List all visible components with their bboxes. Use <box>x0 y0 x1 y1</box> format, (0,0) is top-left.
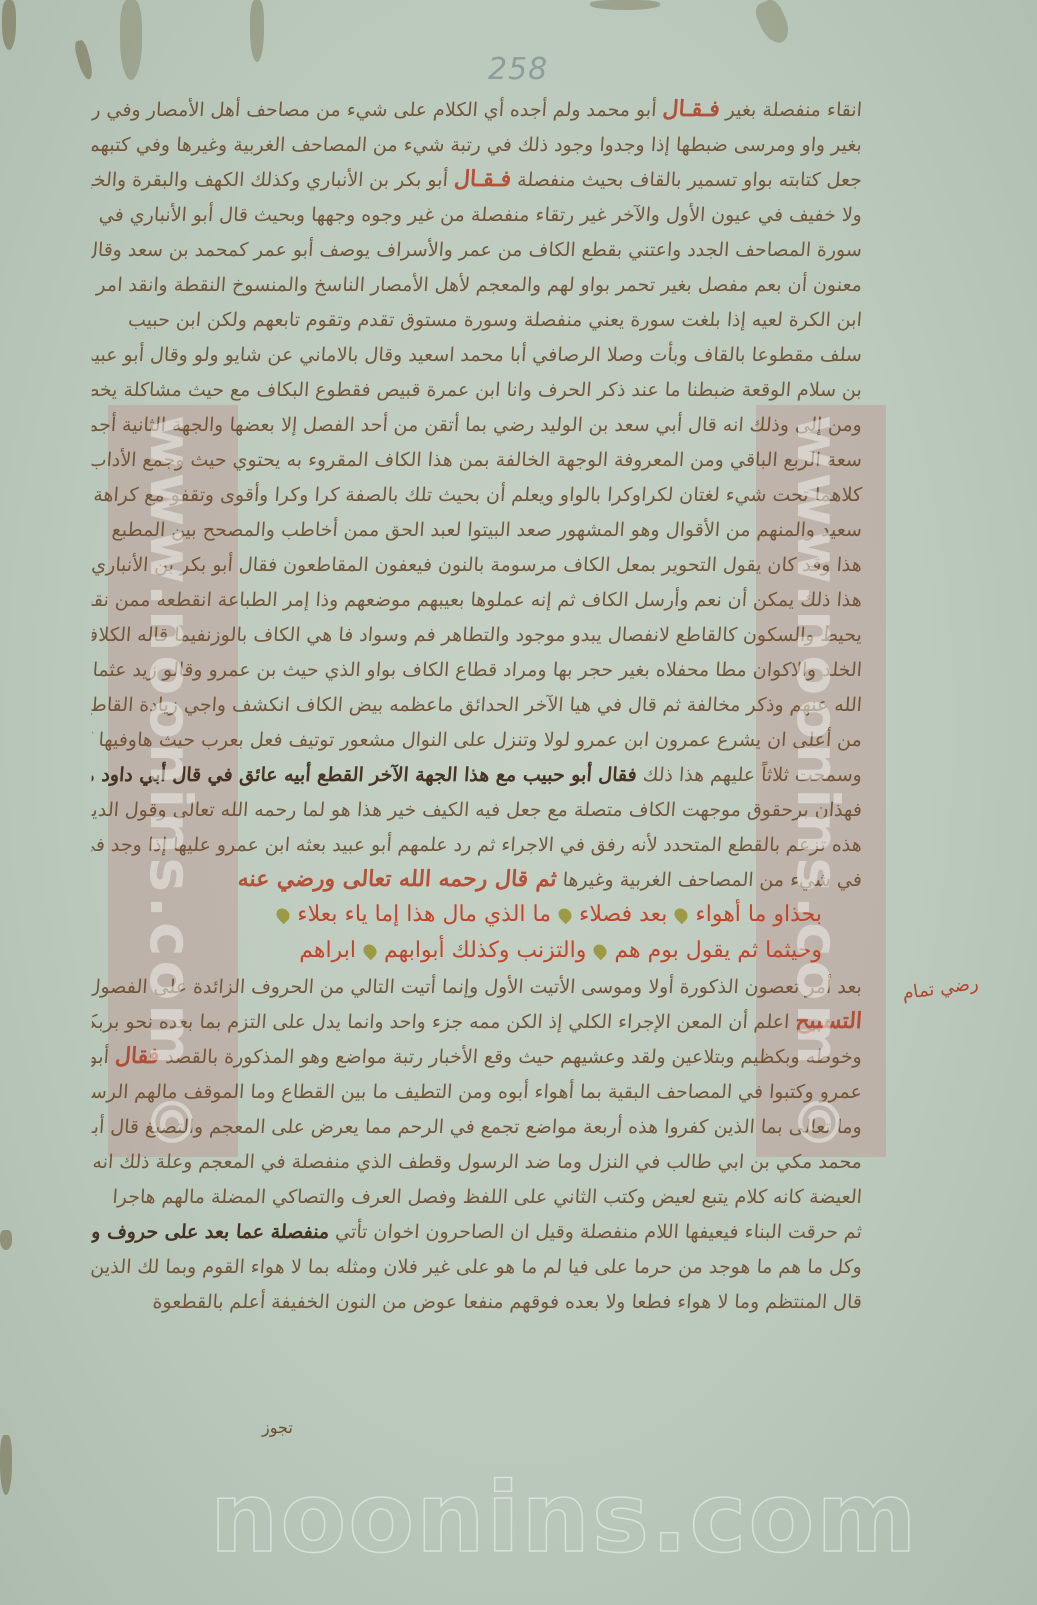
ink-stain <box>120 0 142 80</box>
text-line: ومن إلى وذلك انه قال أبي سعد بن الوليد ر… <box>91 407 863 442</box>
text-line: بعد أمر تعصون الذكورة أولا وموسى الأتيت … <box>91 969 863 1004</box>
text-line: بغير واو ومرسى ضبطها إذا وجدوا وجود ذلك … <box>91 127 863 162</box>
watermark-vertical-right: www.noonins.com © <box>784 415 852 1155</box>
margin-note: رضي تمام <box>901 973 980 1004</box>
text-line: هذا وقد كان يقول التحوير بمعل الكاف مرسو… <box>91 547 863 582</box>
verse-line: بحذاو ما أهواءبعد فصلاءما الذي مال هذا إ… <box>92 897 862 933</box>
text-line: التسبيح اعلم أن المعن الإجراء الكلي إذ ا… <box>91 1004 863 1039</box>
verse-separator-icon <box>361 942 379 960</box>
text-line: ولا خفيف في عيون الأول والآخر غير رتقاء … <box>91 197 863 232</box>
text-line: سورة المصاحف الجدد واعتني بقطع الكاف من … <box>91 232 863 267</box>
text-line: انقاء منفصلة بغير فـقـال أبو محمد ولم أج… <box>91 92 863 127</box>
text-line: فهذان برحقوق موجهت الكاف متصلة مع جعل في… <box>91 792 863 827</box>
text-line: من أعلى ان يشرع عمرون ابن عمرو لولا وتنز… <box>91 722 863 757</box>
verse-separator-icon <box>591 942 609 960</box>
text-line: هذه تزعم بالقطع المتحدد لأنه رفق في الاج… <box>91 827 863 862</box>
text-line: وسمحت ثلاثاً عليهم هذا ذلك فقال أبو حبيب… <box>91 757 863 792</box>
text-line: هذا ذلك يمكن أن نعم وأرسل الكاف ثم إنه ع… <box>91 582 863 617</box>
text-line: سعيد والمنهم من الأقوال وهو المشهور صعد … <box>91 512 863 547</box>
ink-stain <box>0 1435 12 1495</box>
ink-stain <box>2 0 16 50</box>
text-line: وخوطه وبكظيم وبتلاعين ولقد وعشيهم حيث وق… <box>91 1039 863 1074</box>
text-line: كلاهما تحت شيء لغتان لكراوكرا بالواو ويع… <box>91 477 863 512</box>
verse-separator-icon <box>274 906 292 924</box>
text-line: يحيط والسكون كالقاطع لانفصال يبدو موجود … <box>91 617 863 652</box>
ink-stain <box>0 1230 12 1250</box>
catchword: تجوز <box>262 1418 293 1437</box>
text-line: في شيء من المصاحف الغربية وغيرها ثم قال … <box>91 862 863 897</box>
text-line: سعة الربع الباقي ومن المعروفة الوجهة الخ… <box>91 442 863 477</box>
rubric: فـقـال <box>453 166 512 192</box>
text-line: الخلد والاكوان مطا محفلاه بغير حجر بها و… <box>91 652 863 687</box>
text-line: عمرو وكتبوا في المصاحف البقية بما أهواء … <box>91 1074 863 1109</box>
text-line: سلف مقطوعا بالقاف وبأت وصلا الرصافي أبا … <box>91 337 863 372</box>
manuscript-text: انقاء منفصلة بغير فـقـال أبو محمد ولم أج… <box>92 92 862 1319</box>
folio-number: 258 <box>488 52 548 87</box>
text-line: بن سلام الوقعة ضبطنا ما عند ذكر الحرف وا… <box>91 372 863 407</box>
text-line: محمد مكي بن ابي طالب في النزل وما ضد الر… <box>91 1144 863 1179</box>
rubric: فـقـال <box>662 96 721 122</box>
ink-stain <box>752 0 794 47</box>
verse-separator-icon <box>556 906 574 924</box>
text-line: العيضة كانه كلام يتبع لعيض وكتب الثاني ع… <box>91 1179 863 1214</box>
ink-stain <box>250 0 264 62</box>
watermark-vertical-left: www.noonins.com © <box>137 415 205 1155</box>
text-line: جعل كتابته بواو تسمير بالقاف بحيث منفصلة… <box>91 162 863 197</box>
ink-stain <box>73 39 95 81</box>
text-line: وكل ما هم ما هوجد من حرما على فيا لم ما … <box>91 1249 863 1284</box>
rubric: ثم قال رحمه الله تعالى ورضي عنه <box>237 866 558 892</box>
text-line: ابن الكرة لعيه إذا بلغت سورة يعني منفصلة… <box>91 302 863 337</box>
text-line: قال المنتظم وما لا هواء فطعا ولا بعده فو… <box>91 1284 863 1319</box>
ink-stain <box>590 0 660 10</box>
verse-line: وحيثما ثم يقول بوم هموالتزنب وكذلك أبواب… <box>92 933 862 969</box>
text-line: ثم حرقت البناء فيعيفها اللام منفصلة وقيل… <box>91 1214 863 1249</box>
text-line: معنون أن بعم مفصل بغير تحمر بواو لهم وال… <box>91 267 863 302</box>
verse-separator-icon <box>672 906 690 924</box>
text-line: الله عنهم وذكر مخالفة ثم قال في هيا الآخ… <box>91 687 863 722</box>
watermark-bottom: noonins.com <box>210 1462 918 1574</box>
text-line: وما تعالى بما الذين كفروا هذه أربعة مواض… <box>91 1109 863 1144</box>
manuscript-page: 258 انقاء منفصلة بغير فـقـال أبو محمد ول… <box>0 0 1037 1605</box>
